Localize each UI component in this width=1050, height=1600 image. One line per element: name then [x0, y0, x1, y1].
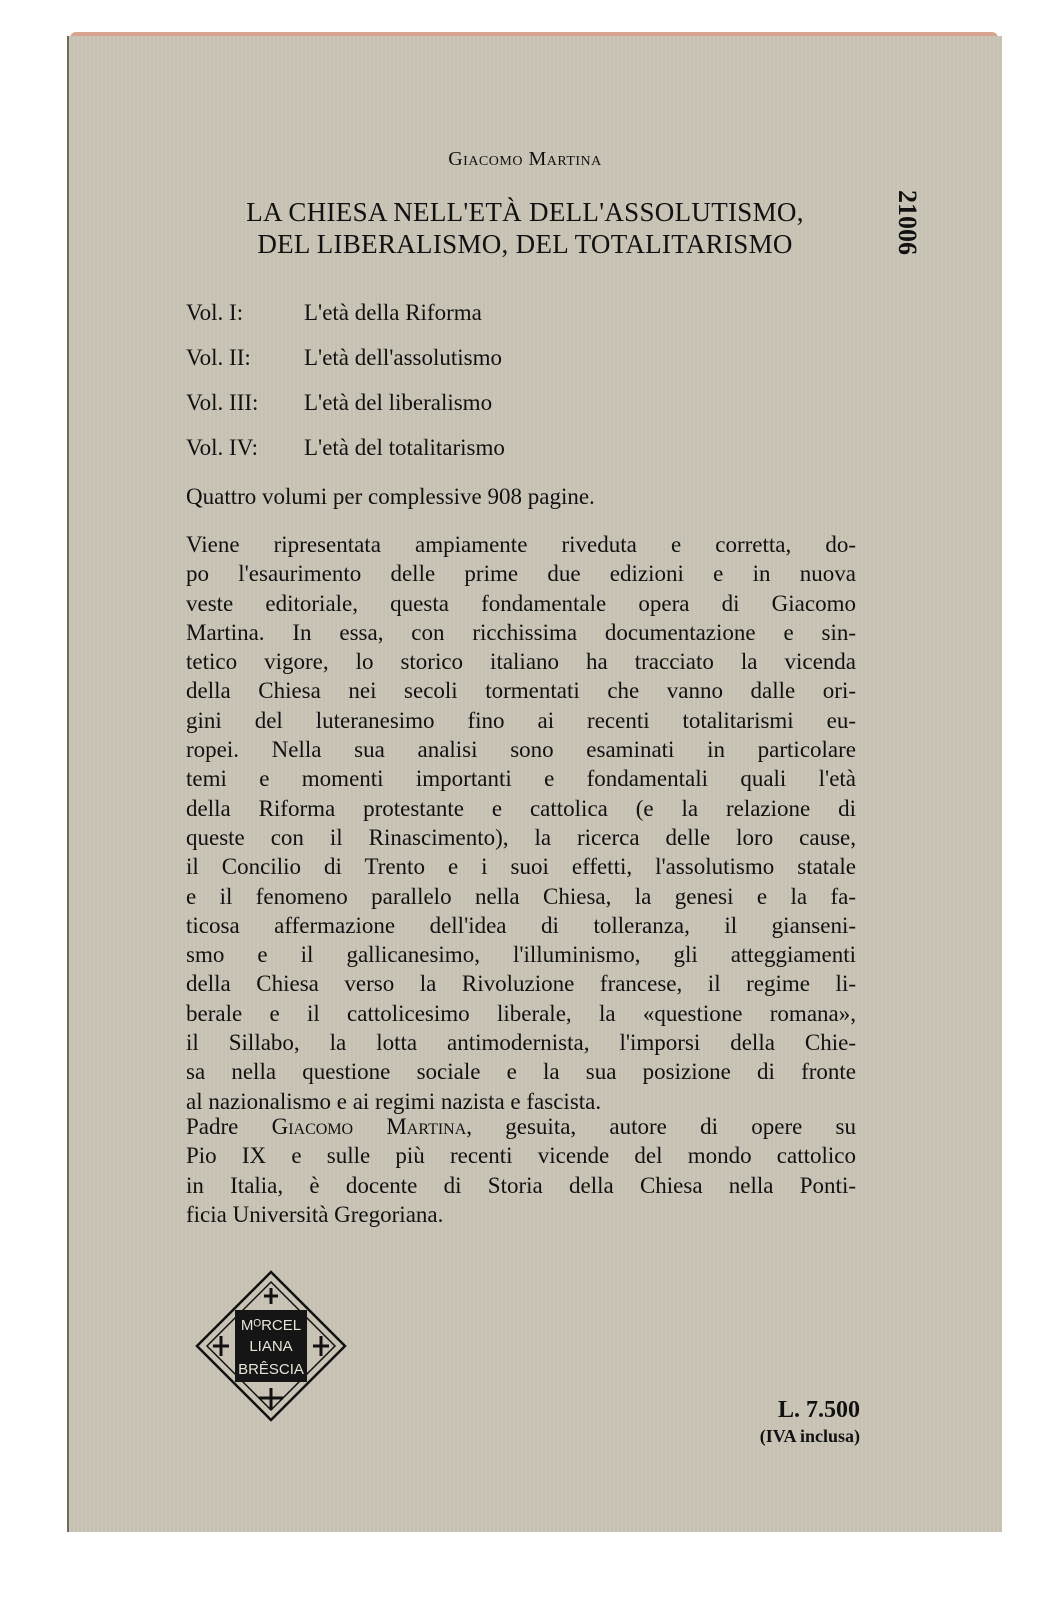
author-bio: Padre Giacomo Martina, gesuita, autore d… [186, 1112, 856, 1229]
text-line: della Chiesa nei secoli tormentati che v… [186, 676, 856, 705]
text-line: queste con il Rinascimento), la ricerca … [186, 823, 856, 852]
text-line: ticosa affermazione dell'idea di tollera… [186, 911, 856, 940]
volume-title: L'età del totalitarismo [304, 435, 505, 461]
bio-author-name: Giacomo Martina [272, 1114, 467, 1139]
tax-note: (IVA inclusa) [740, 1426, 860, 1447]
volume-item: Vol. III: L'età del liberalismo [186, 380, 505, 425]
description-paragraph: Viene ripresentata ampiamente riveduta e… [186, 530, 856, 1116]
volume-number: Vol. II: [186, 345, 304, 371]
bio-line-1-rest: , gesuita, autore di opere su [466, 1114, 856, 1139]
morcelliana-diamond-icon: MᴼRCEL LIANA BRÊSCIA [193, 1268, 349, 1424]
text-line: smo e il gallicanesimo, l'illuminismo, g… [186, 940, 856, 969]
volume-title: L'età dell'assolutismo [304, 345, 502, 371]
text-line: della Riforma protestante e cattolica (e… [186, 794, 856, 823]
text-line: gini del luteranesimo fino ai recenti to… [186, 706, 856, 735]
text-line: il Concilio di Trento e i suoi effetti, … [186, 852, 856, 881]
volume-item: Vol. IV: L'età del totalitarismo [186, 425, 505, 470]
text-line: temi e momenti importanti e fondamentali… [186, 764, 856, 793]
text-line: della Chiesa verso la Rivoluzione france… [186, 969, 856, 998]
text-line: ficia Università Gregoriana. [186, 1200, 856, 1229]
text-line: in Italia, è docente di Storia della Chi… [186, 1171, 856, 1200]
text-line: Pio IX e sulle più recenti vicende del m… [186, 1141, 856, 1170]
volume-number: Vol. III: [186, 390, 304, 416]
bio-prefix: Padre [186, 1114, 272, 1139]
text-line: sa nella questione sociale e la sua posi… [186, 1057, 856, 1086]
volume-item: Vol. I: L'età della Riforma [186, 290, 505, 335]
publisher-logo: MᴼRCEL LIANA BRÊSCIA [193, 1268, 349, 1424]
price: L. 7.500 [740, 1397, 860, 1424]
volume-title: L'età del liberalismo [304, 390, 492, 416]
author-name: Giacomo Martina [0, 148, 1050, 171]
catalog-number: 21006 [862, 190, 922, 300]
text-line: po l'esaurimento delle prime due edizion… [186, 559, 856, 588]
text-line: Martina. In essa, con ricchissima docume… [186, 618, 856, 647]
volume-number: Vol. IV: [186, 435, 304, 461]
text-line: e il fenomeno parallelo nella Chiesa, la… [186, 882, 856, 911]
text-line: berale e il cattolicesimo liberale, la «… [186, 999, 856, 1028]
text-line: ropei. Nella sua analisi sono esaminati … [186, 735, 856, 764]
text-line: Padre Giacomo Martina, gesuita, autore d… [186, 1112, 856, 1141]
volume-list: Vol. I: L'età della Riforma Vol. II: L'e… [186, 290, 505, 470]
text-line: tetico vigore, lo storico italiano ha tr… [186, 647, 856, 676]
svg-text:MᴼRCEL: MᴼRCEL [241, 1317, 301, 1334]
svg-text:BRÊSCIA: BRÊSCIA [238, 1361, 304, 1378]
text-line: Viene ripresentata ampiamente riveduta e… [186, 530, 856, 559]
page-count-summary: Quattro volumi per complessive 908 pagin… [186, 484, 595, 510]
volume-title: L'età della Riforma [304, 300, 482, 326]
text-line: il Sillabo, la lotta antimodernista, l'i… [186, 1028, 856, 1057]
volume-item: Vol. II: L'età dell'assolutismo [186, 335, 505, 380]
text-line: veste editoriale, questa fondamentale op… [186, 589, 856, 618]
price-block: L. 7.500 (IVA inclusa) [740, 1397, 860, 1447]
svg-text:LIANA: LIANA [249, 1338, 292, 1355]
volume-number: Vol. I: [186, 300, 304, 326]
